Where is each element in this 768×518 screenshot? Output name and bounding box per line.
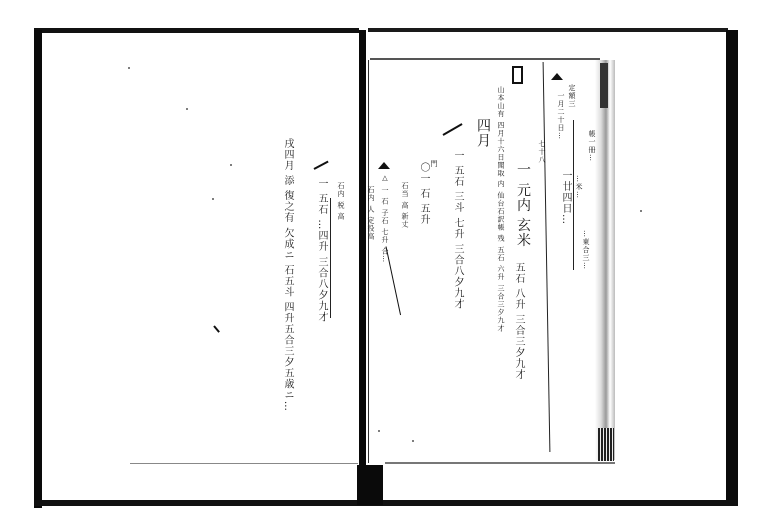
insert-column: 一廿四日… <box>560 170 570 250</box>
book-spine <box>359 30 366 504</box>
handwritten-column: 一 五石 三斗 七升 三合八夕九才 <box>452 150 462 310</box>
scan-speck <box>186 108 188 110</box>
page-stack-bars <box>598 428 614 461</box>
scan-speck <box>230 164 232 166</box>
handwritten-column: 〇一 石 五升 <box>418 162 428 232</box>
page-stack-edge <box>595 60 615 460</box>
handwritten-column: 五石 八升 三合三夕九才 <box>513 262 523 402</box>
handwritten-column: 石内 人 定役高 <box>367 186 374 246</box>
handwritten-column: 石当 高 新丈 <box>401 182 408 242</box>
handwritten-column: 一 元内 玄米 <box>516 162 530 252</box>
scan-speck <box>128 67 130 69</box>
handwritten-column: 一 五石 …四升 三合八夕九才 <box>316 178 326 338</box>
frame-top-left <box>34 28 359 33</box>
frame-left-border <box>34 30 42 508</box>
book-spine-foot <box>357 465 383 505</box>
handwritten-column: 石内 税 高 <box>337 182 344 242</box>
triangle-mark <box>378 162 390 169</box>
frame-bottom-border <box>34 500 738 506</box>
scan-speck <box>378 430 380 432</box>
bracket-line <box>573 120 574 270</box>
handwritten-column: 山本山有 四月十六日聞取 <box>497 86 504 176</box>
triangle-mark <box>551 73 563 80</box>
scan-speck <box>412 440 414 442</box>
handwritten-column: 内 仙台石訳帳 残 五石 六升 三合三夕九才 <box>497 180 504 360</box>
insert-column: …東合三… <box>582 230 589 380</box>
bracket-line <box>330 198 331 318</box>
right-page-edge <box>385 462 615 464</box>
square-mark <box>512 66 523 84</box>
page-number: 七十八 <box>538 140 545 170</box>
left-page <box>42 33 359 500</box>
insert-column: 帳一冊… <box>588 130 595 240</box>
scan-speck <box>212 198 214 200</box>
frame-right-border <box>726 30 738 500</box>
handwritten-column: △ 一 石 子石 七升 合… <box>381 174 388 314</box>
insert-column: …米… <box>575 175 582 275</box>
page-stack-shadow <box>600 63 608 108</box>
right-page-top-edge <box>370 58 600 60</box>
frame-top-right <box>368 28 728 32</box>
left-page-column: 戌四月 添 復之有 欠成ニ 石五斗 四升五合三夕五歳ニ… <box>282 138 292 438</box>
handwritten-column: 門 <box>430 160 437 180</box>
insert-column: 定額三 <box>568 84 575 114</box>
scan-speck <box>640 210 642 212</box>
month-label: 四月 <box>476 118 490 178</box>
left-page-edge <box>130 463 358 464</box>
